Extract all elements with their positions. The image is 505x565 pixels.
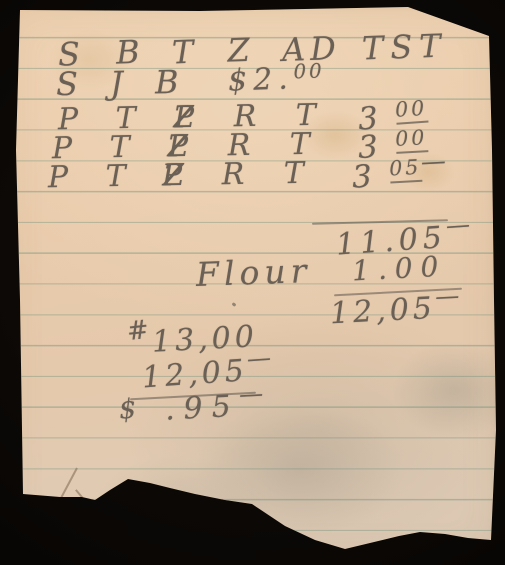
paper-sheet: S B T Z AD TST S J B $2.00 P T Z P R T 3…: [0, 0, 505, 565]
entry-ptz-code: P R T: [162, 159, 317, 192]
entry-ptz-amount: 3 05—: [351, 156, 447, 194]
difference-amount: .95—: [164, 390, 264, 425]
flour-label: Flour: [195, 254, 311, 291]
entry-sjb-amount: $2.00: [227, 61, 325, 96]
dollar-sign-top: #: [126, 317, 150, 345]
flour-amount: 1.00: [351, 253, 447, 286]
entry-sjb-name: S J B: [56, 66, 188, 100]
monogram-4: TST: [361, 30, 448, 65]
dollar-sign-bottom: $: [118, 395, 137, 423]
photograph: S B T Z AD TST S J B $2.00 P T Z P R T 3…: [0, 0, 505, 565]
